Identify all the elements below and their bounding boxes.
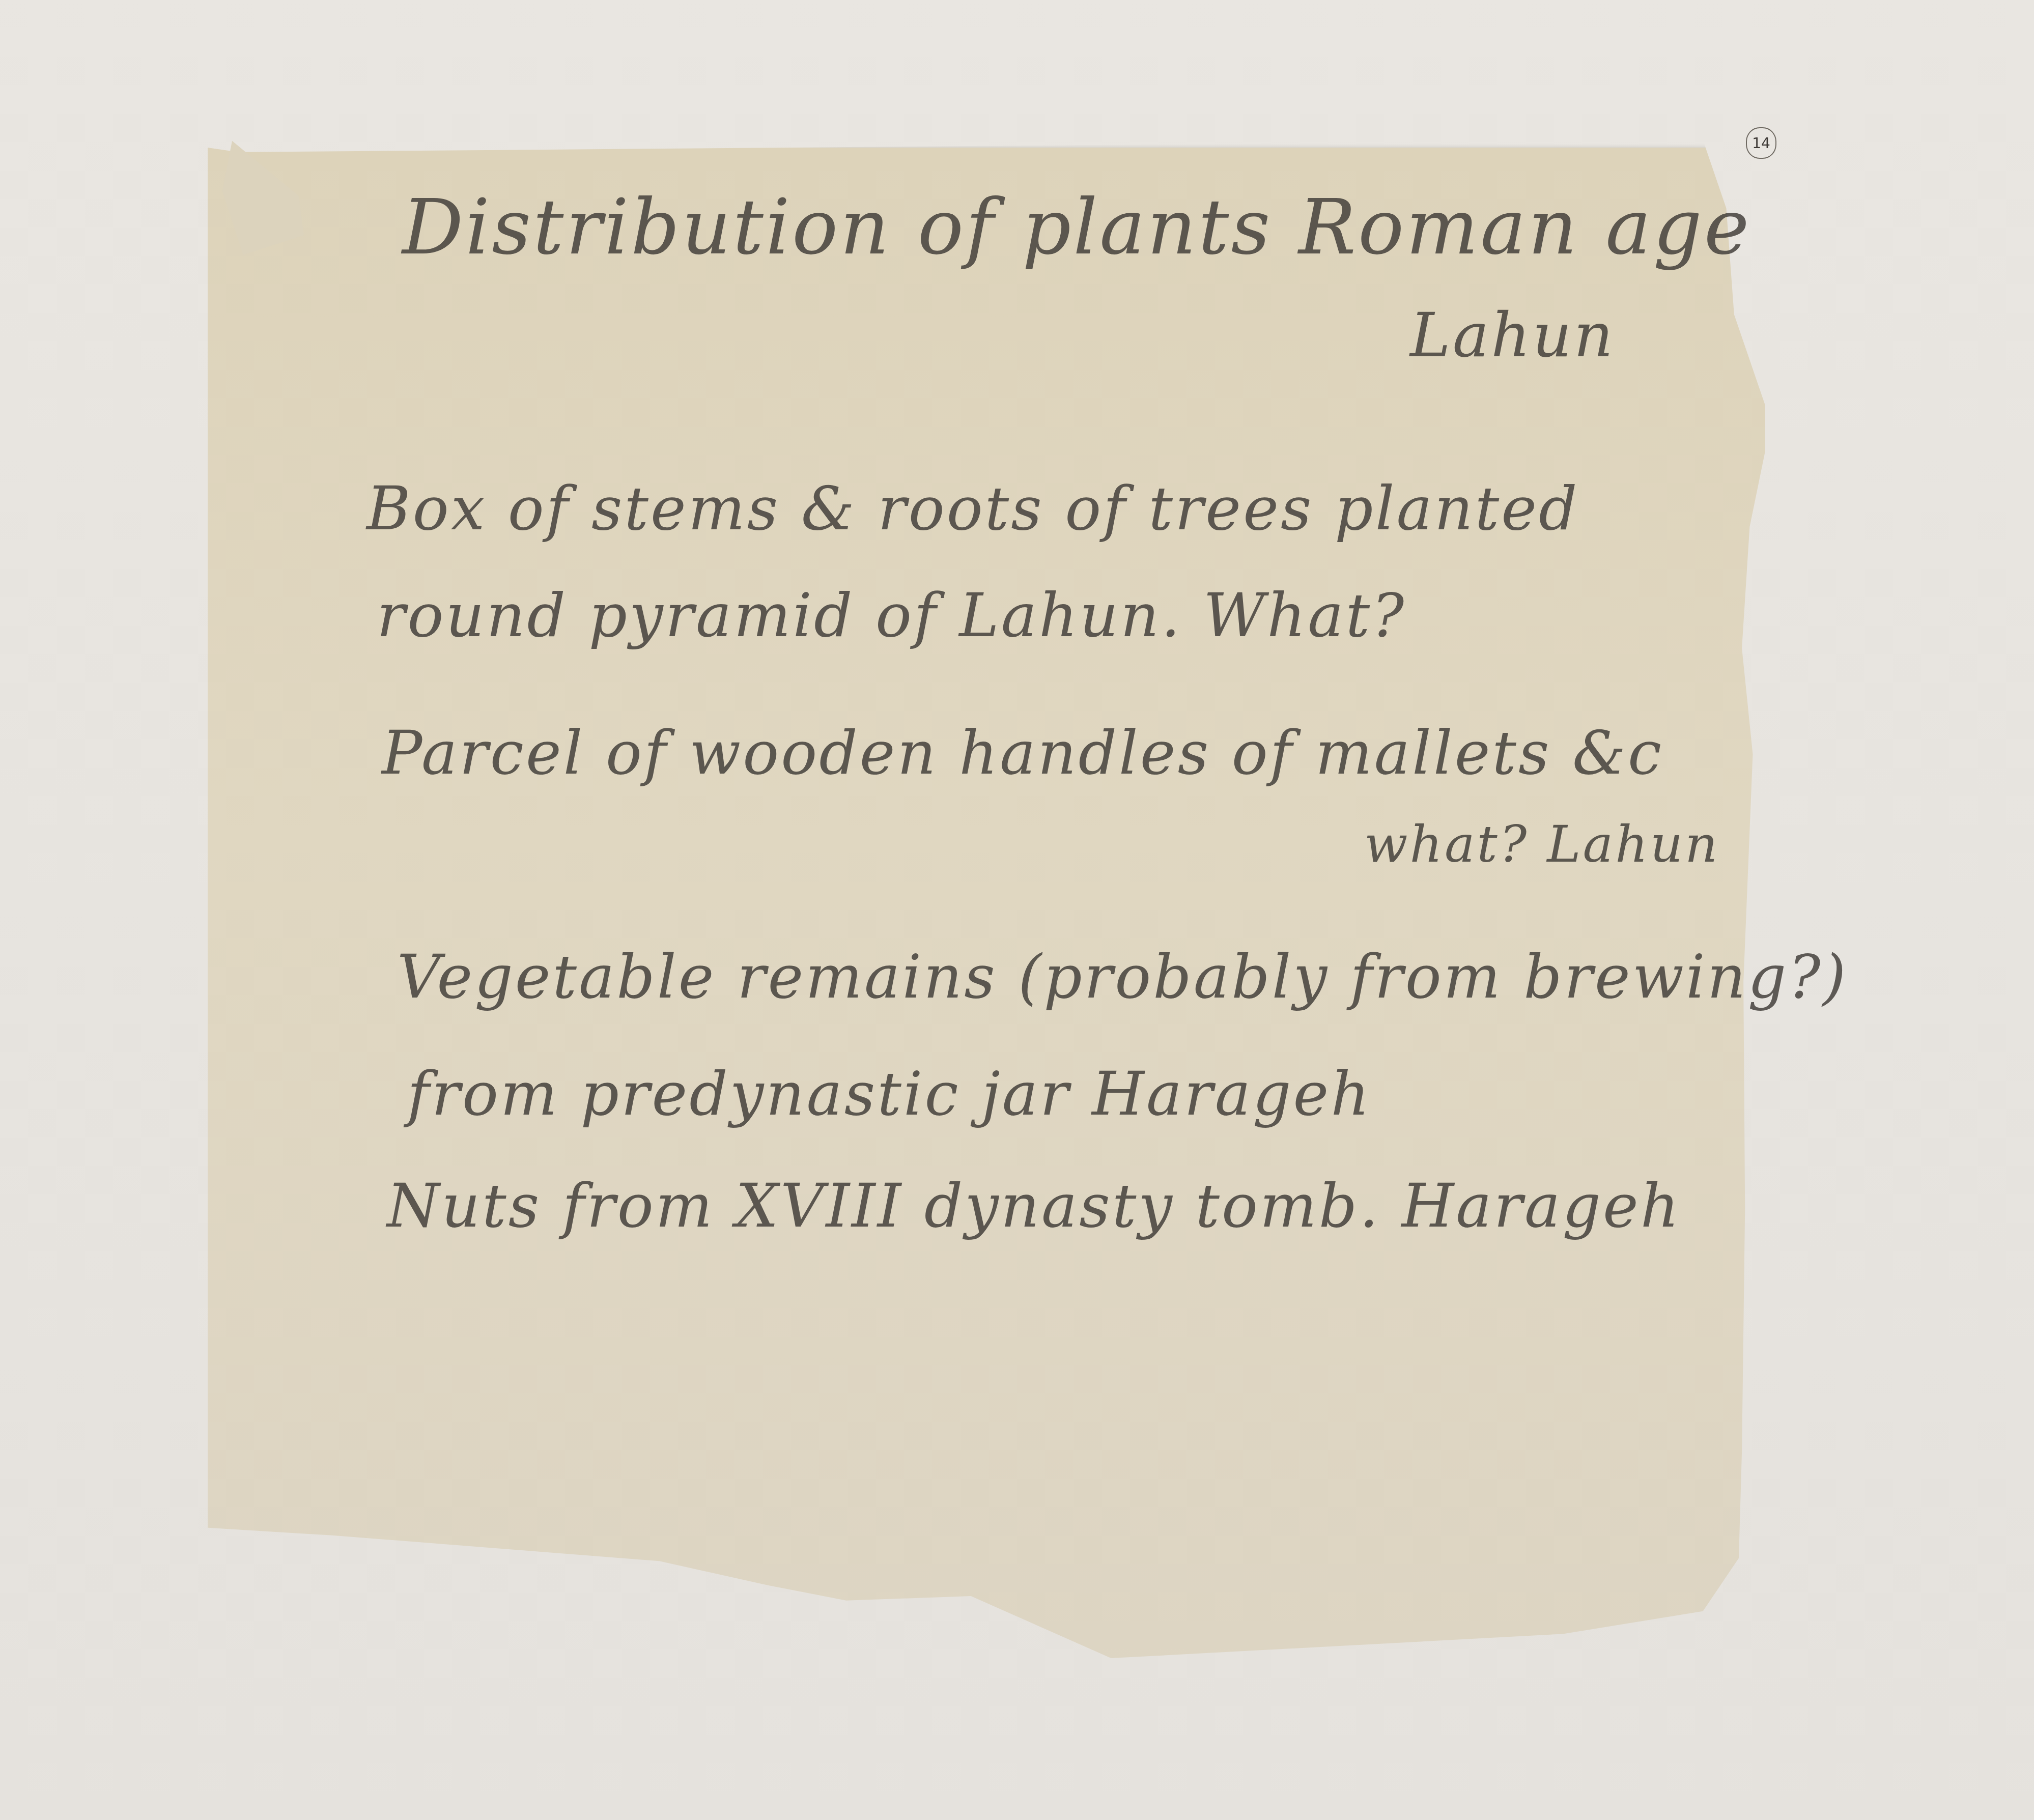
entry-4-line-1: Nuts from XVIII dynasty tomb. Harageh xyxy=(387,1171,1681,1241)
page-number: 14 xyxy=(1746,127,1776,159)
manuscript-page xyxy=(208,148,1765,1664)
heading-line-2: Lahun xyxy=(1410,300,1615,371)
entry-2-line-1: Parcel of wooden handles of mallets &c xyxy=(382,718,1663,788)
entry-3-line-1: Vegetable remains (probably from brewing… xyxy=(397,942,1848,1012)
entry-1-line-2: round pyramid of Lahun. What? xyxy=(377,580,1406,650)
entry-2-line-2: what? Lahun xyxy=(1364,814,1719,874)
heading-line-1: Distribution of plants Roman age xyxy=(402,183,1751,272)
entry-3-line-2: from predynastic jar Harageh xyxy=(407,1059,1371,1129)
entry-1-line-1: Box of stems & roots of trees planted xyxy=(366,473,1579,544)
